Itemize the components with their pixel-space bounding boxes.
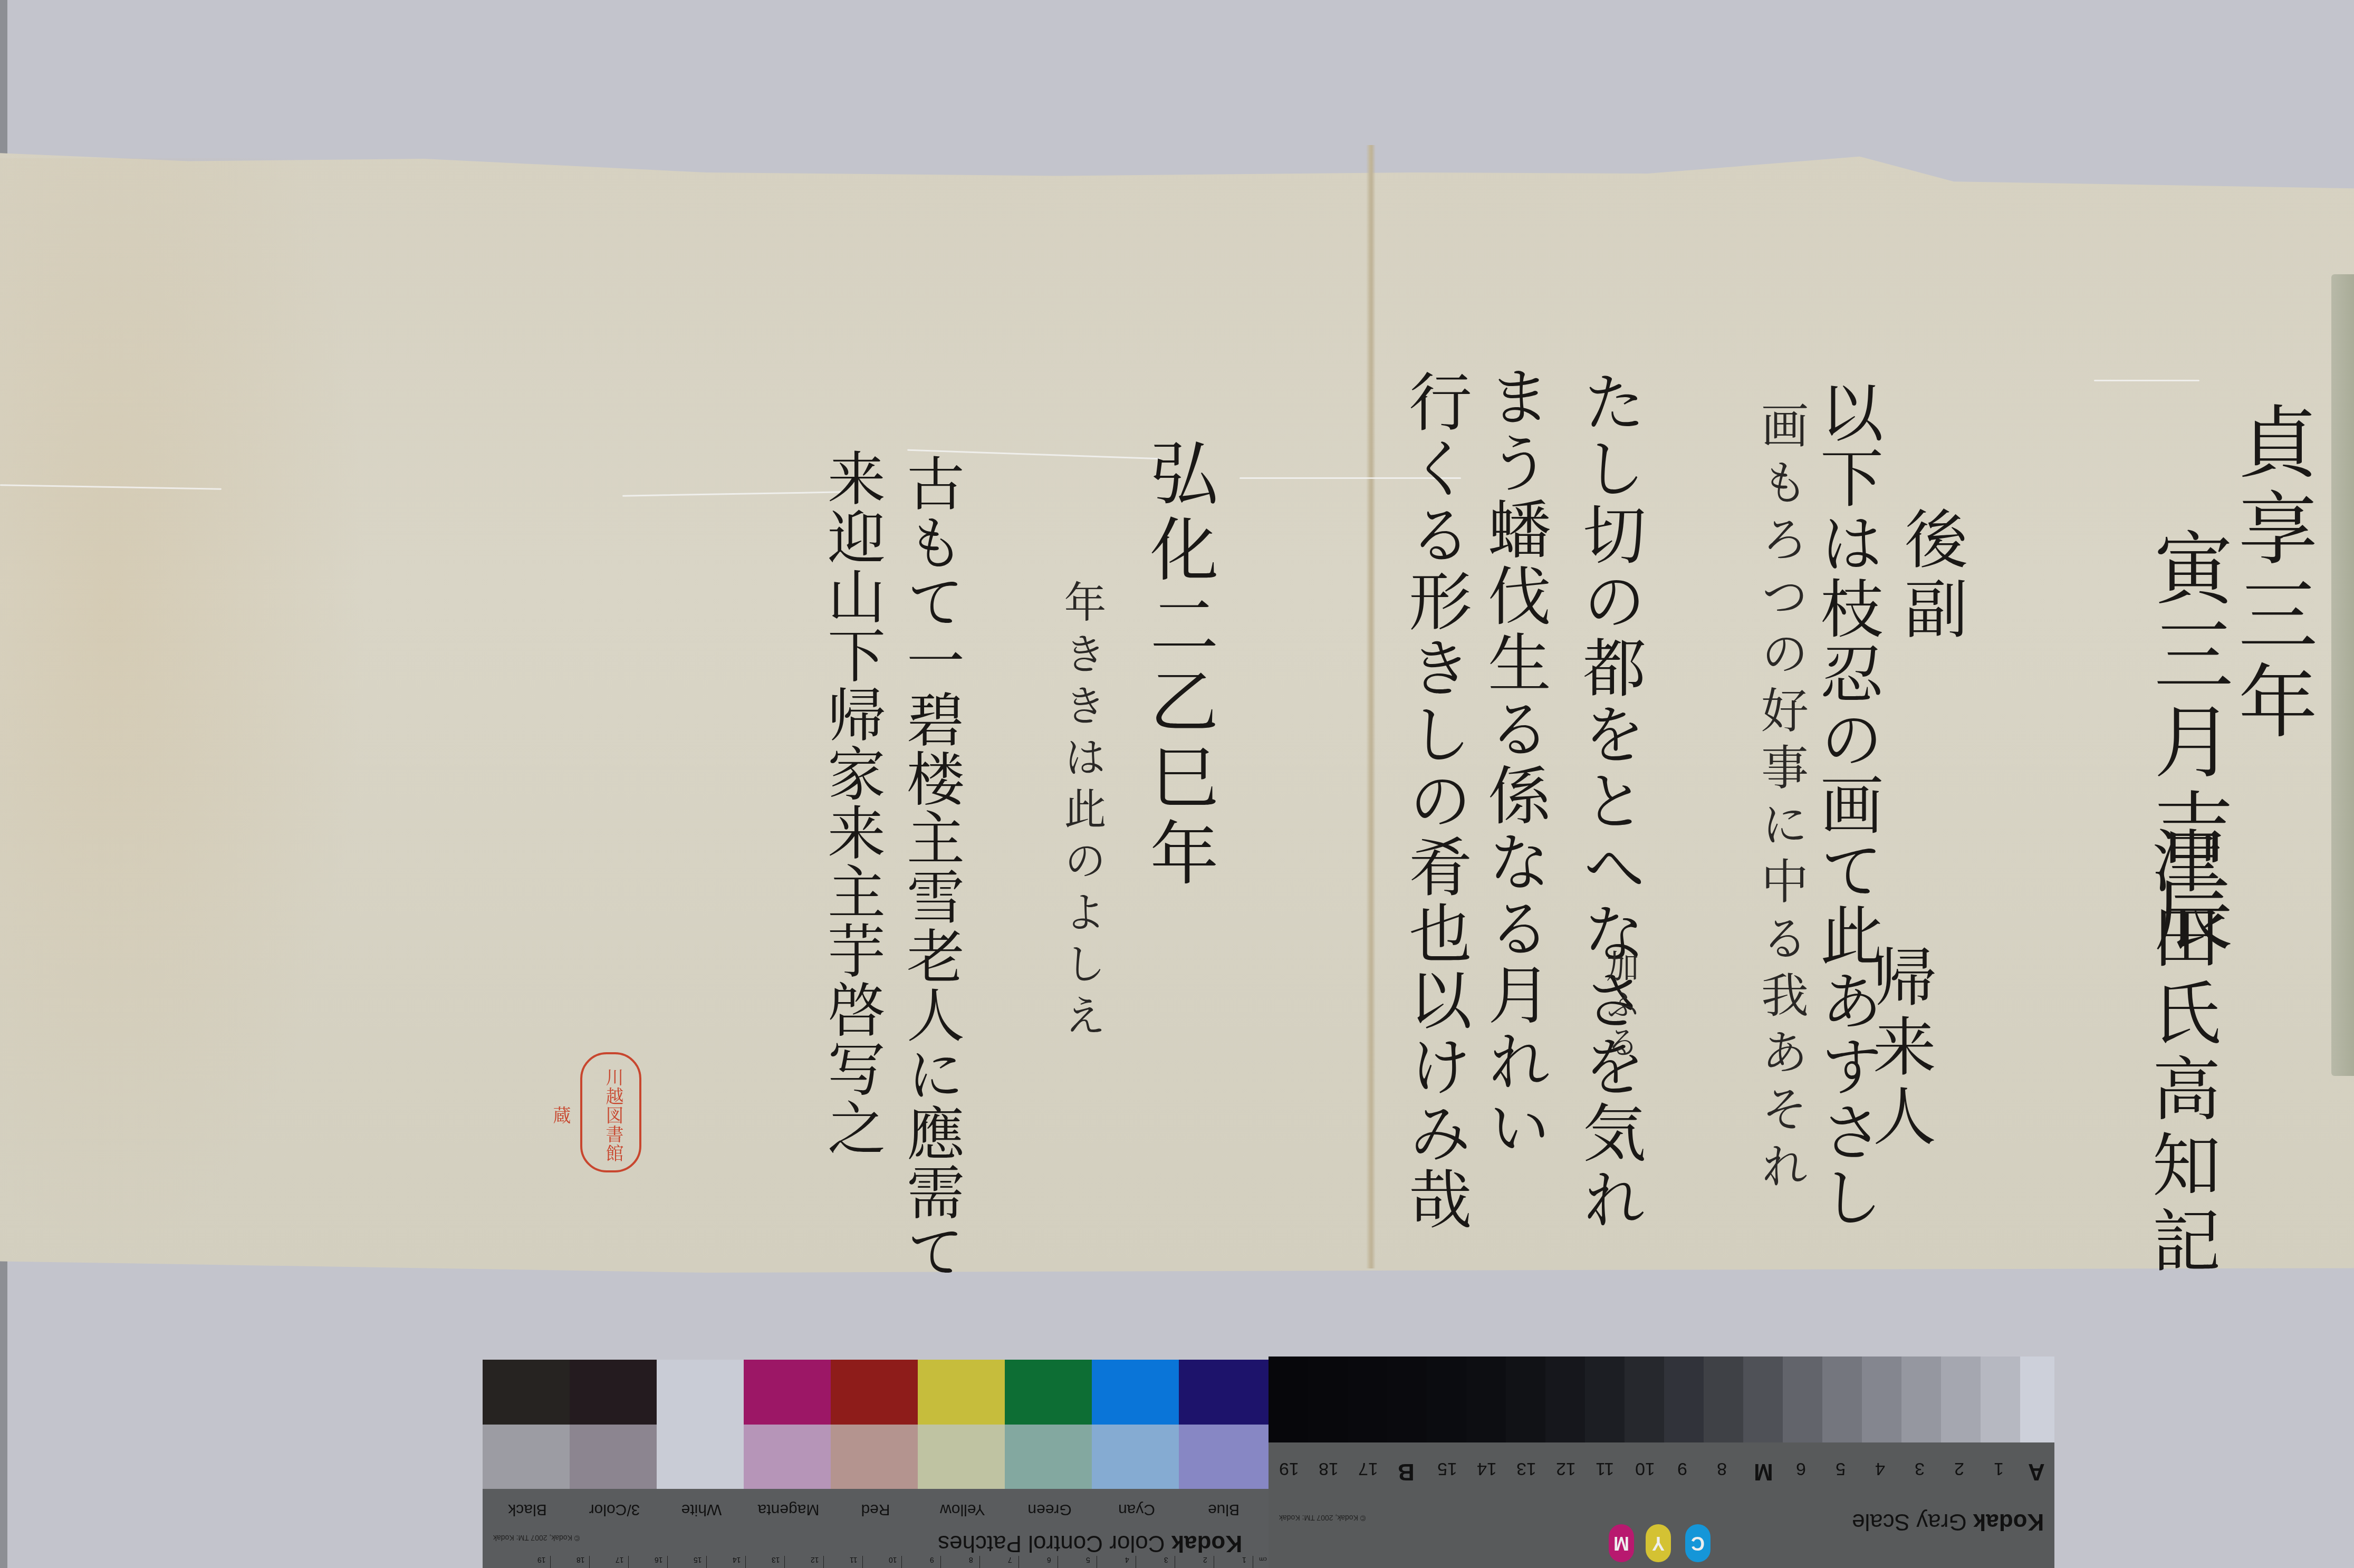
color-chart-title-text: Color Control Patches	[938, 1531, 1165, 1556]
patch-3color	[570, 1360, 657, 1489]
gray-label: 2	[1954, 1458, 1964, 1479]
text-column-verse-5: 行くる形きしの肴也以けみ哉	[1403, 369, 1466, 1233]
ruler-tick	[862, 1556, 863, 1568]
gray-step-19	[1269, 1357, 1308, 1442]
text-column-verse-note: 加ふる	[1603, 949, 1636, 1063]
ruler-label: 3	[1164, 1556, 1168, 1564]
ruler-label: 9	[930, 1556, 934, 1564]
gray-step-B	[1387, 1357, 1427, 1442]
patch-magenta	[744, 1360, 831, 1489]
text-column-verse-2: 画もろつの好事に中る我あそれ	[1756, 401, 1804, 1198]
patch-cyan	[1092, 1360, 1179, 1489]
ruler-label: 6	[1047, 1556, 1051, 1564]
ruler-tick	[745, 1556, 746, 1568]
ruler-label: 8	[969, 1556, 973, 1564]
text-column-author: 津田氏高知記	[2147, 825, 2215, 1281]
text-column-verse-3: たし切の都をとへなさを気れ	[1577, 369, 1640, 1233]
ruler-tick	[706, 1556, 707, 1568]
gray-label: 11	[1596, 1458, 1614, 1479]
color-chart-title: Kodak Color Control Patches	[938, 1530, 1242, 1556]
ruler-tick	[550, 1556, 551, 1568]
ruler-label: 7	[1008, 1556, 1012, 1564]
gray-label: 8	[1717, 1458, 1727, 1479]
ruler-tick	[589, 1556, 590, 1568]
gray-label: B	[1398, 1458, 1415, 1485]
gray-step-10	[1625, 1357, 1664, 1442]
ruler-tick	[1136, 1556, 1136, 1568]
kodak-gray-scale: A 1 2 3 4 5 6 M 8 9 10 11 12 13 14 15 B …	[1269, 1357, 2054, 1568]
ruler-tick	[1175, 1556, 1175, 1568]
patch-red	[831, 1360, 918, 1489]
ruler-label: 1	[1242, 1556, 1246, 1564]
gray-step-12	[1545, 1357, 1585, 1442]
patch-black	[483, 1360, 570, 1489]
patch-yellow	[918, 1360, 1005, 1489]
gray-step-3	[1901, 1357, 1941, 1442]
text-column-verse-1: 以下は枝忍の画て此あすさし	[1814, 380, 1878, 1230]
ruler-tick	[784, 1556, 785, 1568]
gray-step-13	[1506, 1357, 1545, 1442]
seal-text: 川越図書館蔵	[582, 1061, 639, 1170]
ruler-label: 17	[616, 1556, 624, 1564]
gray-label: 18	[1319, 1458, 1339, 1479]
ruler-tick	[628, 1556, 629, 1568]
ruler-tick	[979, 1556, 980, 1568]
patch-green	[1005, 1360, 1092, 1489]
ruler-tick	[940, 1556, 941, 1568]
chart-label-band: Black 3/Color White Magenta Red Yellow G…	[483, 1489, 1269, 1568]
gray-step-11	[1585, 1357, 1625, 1442]
text-column-postscript-title: 後副	[1899, 506, 1962, 646]
ruler-label: 11	[850, 1556, 858, 1564]
scroll-roller	[2331, 274, 2354, 1076]
gray-step-9	[1664, 1357, 1704, 1442]
gray-label: 10	[1635, 1458, 1655, 1479]
gray-step-8	[1704, 1357, 1743, 1442]
gray-scale-title: Kodak Gray Scale	[1852, 1508, 2044, 1535]
gray-label: 6	[1796, 1458, 1806, 1479]
text-column-kouka-era: 弘化二乙巳年	[1145, 438, 1213, 893]
gray-step-5	[1822, 1357, 1862, 1442]
ruler-label: 10	[889, 1556, 897, 1564]
gray-label: 19	[1279, 1458, 1299, 1479]
label-yellow: Yellow	[928, 1500, 997, 1518]
gray-step-17	[1348, 1357, 1387, 1442]
ruler-tick	[1097, 1556, 1097, 1568]
text-column-era: 貞享三年	[2231, 401, 2310, 747]
gray-scale-copyright: © Kodak, 2007 TM: Kodak	[1279, 1514, 1366, 1522]
gray-label: A	[2028, 1458, 2045, 1485]
gray-label: 5	[1836, 1458, 1846, 1479]
gray-label: 17	[1358, 1458, 1378, 1479]
gray-step-18	[1308, 1357, 1348, 1442]
magenta-dot-icon: M	[1609, 1524, 1634, 1562]
gray-label: 12	[1556, 1458, 1576, 1479]
ruler-tick	[1058, 1556, 1058, 1568]
kodak-brand: Kodak	[1973, 1509, 2044, 1535]
gray-label: 3	[1915, 1458, 1925, 1479]
cyan-dot-icon: C	[1685, 1524, 1711, 1562]
ruler-tick	[1019, 1556, 1019, 1568]
gray-label: 13	[1516, 1458, 1536, 1479]
gray-step-2	[1941, 1357, 1981, 1442]
ruler-label: 16	[655, 1556, 663, 1564]
label-3color: 3/Color	[580, 1500, 649, 1518]
ruler-tick	[667, 1556, 668, 1568]
gray-scale-label-band: A 1 2 3 4 5 6 M 8 9 10 11 12 13 14 15 B …	[1269, 1442, 2054, 1568]
ruler-label: 5	[1086, 1556, 1090, 1564]
text-column-kouka-note: 年ききは此のよしえ	[1060, 580, 1102, 1045]
gray-label: 9	[1677, 1458, 1687, 1479]
gray-label: 1	[1994, 1458, 2004, 1479]
kodak-color-control-patches: Black 3/Color White Magenta Red Yellow G…	[483, 1360, 1269, 1568]
cm-ruler: 1 2 3 4 5 6 7 8 9 10 11 12 13 14 15 16 1…	[483, 1556, 1269, 1568]
gray-step-14	[1466, 1357, 1506, 1442]
ruler-tick	[823, 1556, 824, 1568]
ruler-label: 13	[772, 1556, 780, 1564]
ruler-label: 12	[811, 1556, 819, 1564]
text-column-colophon-1: 古もて一碧楼主雪老人に應需て	[902, 454, 960, 1281]
gray-step-M	[1743, 1357, 1783, 1442]
ruler-label: 15	[694, 1556, 702, 1564]
ruler-label: 4	[1125, 1556, 1129, 1564]
ruler-tick	[1214, 1556, 1214, 1568]
label-green: Green	[1015, 1500, 1084, 1518]
gray-step-1	[1981, 1357, 2020, 1442]
ruler-label: 18	[577, 1556, 585, 1564]
yellow-dot-icon: Y	[1646, 1524, 1671, 1562]
ruler-unit: cm	[1259, 1556, 1267, 1562]
gray-scale-title-text: Gray Scale	[1852, 1509, 1967, 1535]
label-magenta: Magenta	[752, 1500, 825, 1518]
label-blue: Blue	[1189, 1500, 1258, 1518]
kodak-brand: Kodak	[1171, 1531, 1242, 1556]
patch-white	[657, 1360, 744, 1489]
text-column-colophon-2: 来迎山下帰家来主芋啓写之	[823, 448, 881, 1157]
label-red: Red	[841, 1500, 910, 1518]
gray-label: 4	[1875, 1458, 1885, 1479]
gray-label: 14	[1477, 1458, 1497, 1479]
gray-step-15	[1427, 1357, 1466, 1442]
gray-label: 15	[1437, 1458, 1457, 1479]
ruler-label: 19	[537, 1556, 546, 1564]
paper-stain	[0, 158, 369, 1266]
gray-step-6	[1783, 1357, 1822, 1442]
gray-step-A	[2020, 1357, 2054, 1442]
patch-blue	[1179, 1360, 1269, 1489]
paper-crease	[2094, 380, 2199, 381]
ruler-label: 14	[733, 1556, 741, 1564]
text-column-verse-4: まう蟠伐生る係なる月れい	[1482, 364, 1545, 1161]
paper-join-line	[1366, 145, 1376, 1268]
gray-label: M	[1754, 1458, 1773, 1485]
ruler-tick	[1253, 1556, 1253, 1568]
color-chart-copyright: © Kodak, 2007 TM: Kodak	[493, 1534, 580, 1542]
library-seal-stamp: 川越図書館蔵	[580, 1052, 641, 1172]
ruler-tick	[901, 1556, 902, 1568]
ruler-label: 2	[1203, 1556, 1207, 1564]
label-black: Black	[493, 1500, 562, 1518]
label-white: White	[667, 1500, 736, 1518]
gray-step-4	[1862, 1357, 1901, 1442]
label-cyan: Cyan	[1102, 1500, 1171, 1518]
